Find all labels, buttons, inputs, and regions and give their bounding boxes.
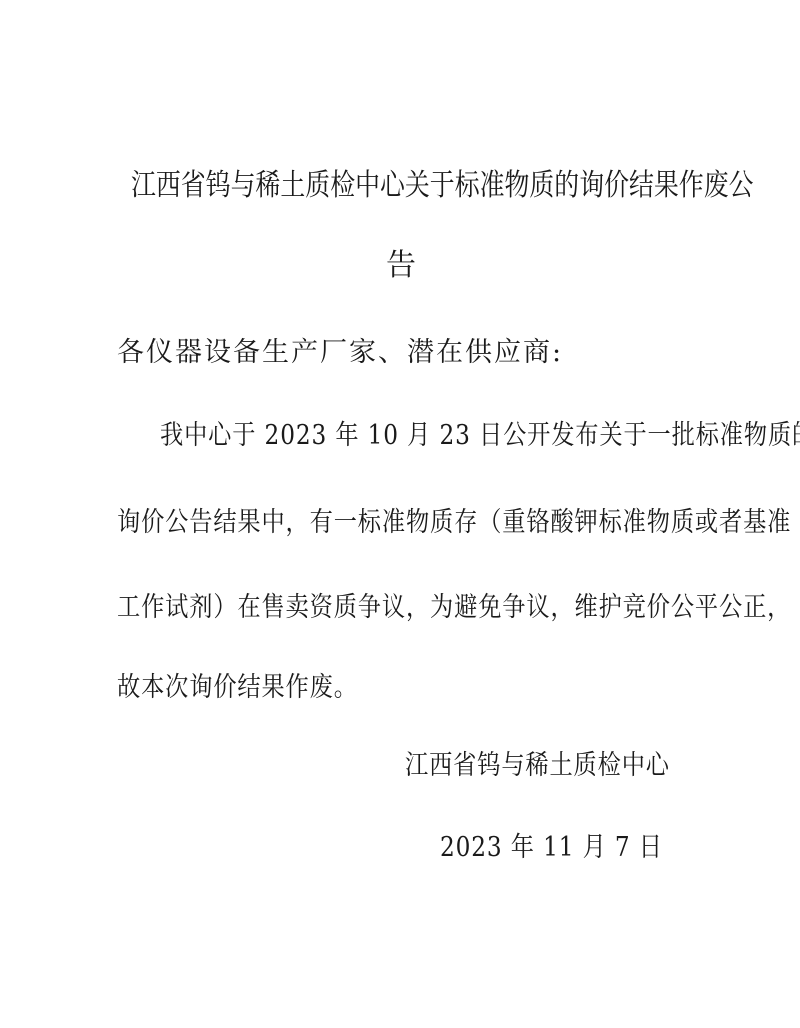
signature-organization: 江西省钨与稀土质检中心 <box>405 748 670 784</box>
signature-date: 2023 年 11 月 7 日 <box>440 830 663 866</box>
body-line-1: 我中心于 2023 年 10 月 23 日公开发布关于一批标准物质的 <box>160 418 800 454</box>
body-line-2: 询价公告结果中，有一标准物质存（重铬酸钾标准物质或者基准 <box>117 505 791 541</box>
body-line-3: 工作试剂）在售卖资质争议，为避免争议，维护竞价公平公正， <box>117 590 791 626</box>
body-line-4: 故本次询价结果作废。 <box>117 670 358 706</box>
document-title-line-1: 江西省钨与稀土质检中心关于标准物质的询价结果作废公 <box>131 168 579 204</box>
document-title-line-2: 告 <box>386 248 417 284</box>
document-page: 江西省钨与稀土质检中心关于标准物质的询价结果作废公 告 各仪器设备生产厂家、潜在… <box>0 0 800 1028</box>
salutation: 各仪器设备生产厂家、潜在供应商: <box>117 335 563 371</box>
